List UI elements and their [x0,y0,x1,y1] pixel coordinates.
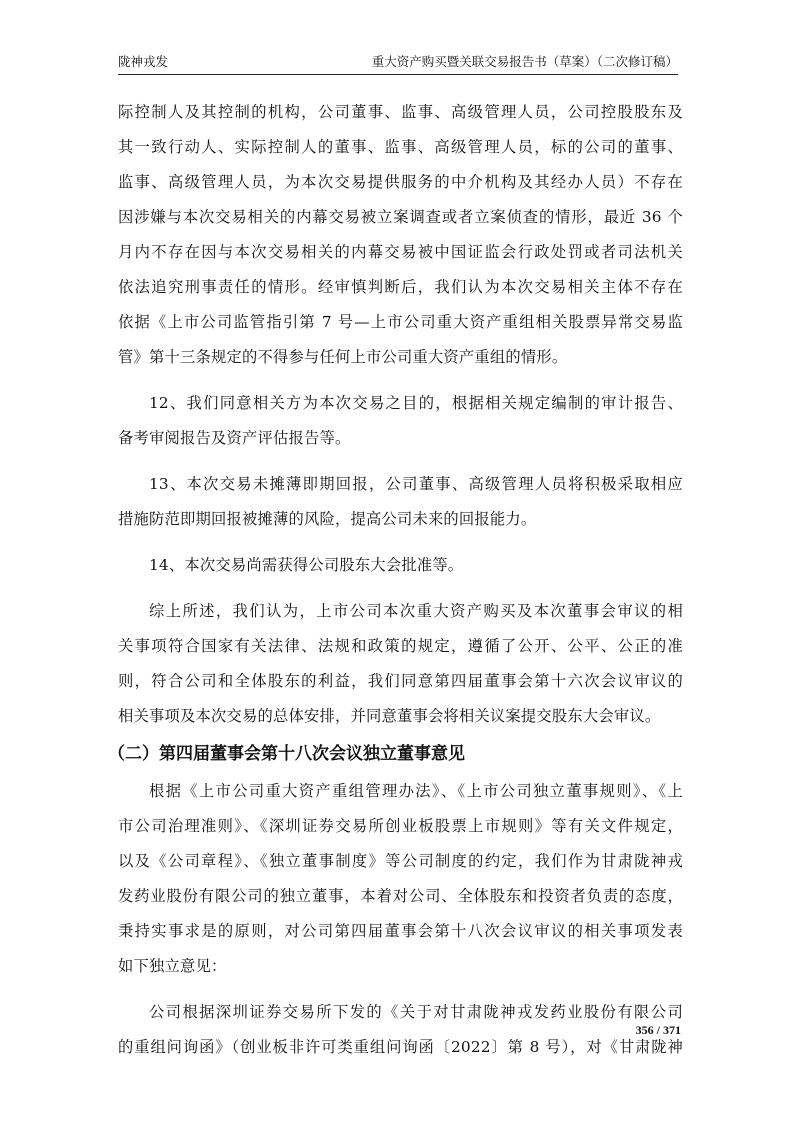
text-line: 如下独立意见： [118,949,683,984]
header-document-title: 重大资产购买暨关联交易报告书（草案）（二次修订稿） [372,52,678,72]
section-heading: （二）第四届董事会第十八次会议独立董事意见 [108,734,683,774]
text-line: 公司根据深圳证券交易所下发的《关于对甘肃陇神戎发药业股份有限公司 [118,995,683,1030]
text-line: 以及《公司章程》、《独立董事制度》等公司制度的约定，我们作为甘肃陇神戎 [118,844,683,879]
text-line: 12、我们同意相关方为本次交易之目的，根据相关规定编制的审计报告、 [118,386,683,421]
text-line: 综上所述，我们认为，上市公司本次重大资产购买及本次董事会审议的相 [118,594,683,629]
text-line: 因涉嫌与本次交易相关的内幕交易被立案调查或者立案侦查的情形，最近 36 个 [118,200,683,235]
paragraph-summary: 综上所述，我们认为，上市公司本次重大资产购买及本次董事会审议的相 关事项符合国家… [118,594,683,734]
text-line: 相关事项及本次交易的总体安排，并同意董事会将相关议案提交股东大会审议。 [118,699,683,734]
text-line: 依法追究刑事责任的情形。经审慎判断后，我们认为本次交易相关主体不存在 [118,270,683,305]
paragraph-item-13: 13、本次交易未摊薄即期回报，公司董事、高级管理人员将积极采取相应 措施防范即期… [118,467,683,537]
text-line: 则，符合公司和全体股东的利益，我们同意第四届董事会第十六次会议审议的 [118,664,683,699]
text-line: 月内不存在因与本次交易相关的内幕交易被中国证监会行政处罚或者司法机关 [118,235,683,270]
paragraph-continued: 际控制人及其控制的机构，公司董事、监事、高级管理人员，公司控股股东及 其一致行动… [118,95,683,375]
text-line: 14、本次交易尚需获得公司股东大会批准等。 [118,548,683,583]
text-line: 秉持实事求是的原则，对公司第四届董事会第十八次会议审议的相关事项发表 [118,914,683,949]
page-header: 陇神戎发 重大资产购买暨关联交易报告书（草案）（二次修订稿） [118,52,678,75]
text-line: 备考审阅报告及资产评估报告等。 [118,421,683,456]
text-line: 市公司治理准则》、《深圳证券交易所创业板股票上市规则》等有关文件规定， [118,809,683,844]
text-line: 关事项符合国家有关法律、法规和政策的规定，遵循了公开、公平、公正的准 [118,629,683,664]
paragraph-section-intro: 根据《上市公司重大资产重组管理办法》、《上市公司独立董事规则》、《上 市公司治理… [118,774,683,984]
text-line: 监事、高级管理人员，为本次交易提供服务的中介机构及其经办人员）不存在 [118,165,683,200]
text-line: 13、本次交易未摊薄即期回报，公司董事、高级管理人员将积极采取相应 [118,467,683,502]
page-content: 际控制人及其控制的机构，公司董事、监事、高级管理人员，公司控股股东及 其一致行动… [118,95,683,1065]
text-line: 际控制人及其控制的机构，公司董事、监事、高级管理人员，公司控股股东及 [118,95,683,130]
paragraph-item-14: 14、本次交易尚需获得公司股东大会批准等。 [118,548,683,583]
text-line: 根据《上市公司重大资产重组管理办法》、《上市公司独立董事规则》、《上 [118,774,683,809]
text-line: 措施防范即期回报被摊薄的风险，提高公司未来的回报能力。 [118,502,683,537]
paragraph-item-12: 12、我们同意相关方为本次交易之目的，根据相关规定编制的审计报告、 备考审阅报告… [118,386,683,456]
text-line: 其一致行动人、实际控制人的董事、监事、高级管理人员，标的公司的董事、 [118,130,683,165]
text-line: 依据《上市公司监管指引第 7 号—上市公司重大资产重组相关股票异常交易监 [118,305,683,340]
paragraph-inquiry: 公司根据深圳证券交易所下发的《关于对甘肃陇神戎发药业股份有限公司 的重组问询函》… [118,995,683,1065]
text-line: 管》第十三条规定的不得参与任何上市公司重大资产重组的情形。 [118,340,683,375]
text-line: 发药业股份有限公司的独立董事，本着对公司、全体股东和投资者负责的态度， [118,879,683,914]
header-company-name: 陇神戎发 [118,52,168,72]
text-line: 的重组问询函》（创业板非许可类重组问询函〔2022〕第 8 号），对《甘肃陇神 [118,1030,683,1065]
page-number: 356 / 371 [636,1023,681,1038]
